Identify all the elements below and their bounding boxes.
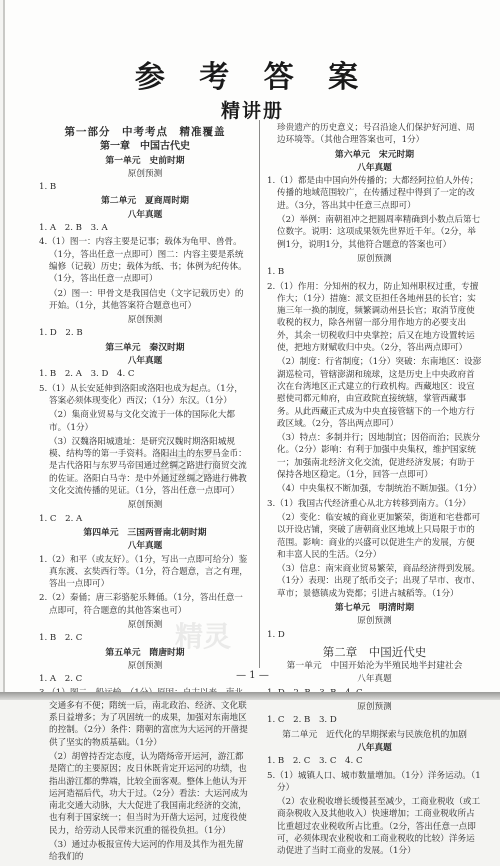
- section-heading: 原创预测: [267, 615, 482, 627]
- answer-line: （2）制度：行省制度；（1分）突破：东南地区：设澎湖巡检司，管辖澎湖和琉球，这是…: [267, 356, 482, 430]
- answer-line: （2）图一：甲骨文是我国信史（文字记载历史）的开始。（1分，其他答案符合题意也可…: [39, 288, 251, 313]
- answer-line: 2.（1）作用：分知州的权力，防止知州职权过重，专擅作大；（1分）措施：派文臣担…: [267, 281, 482, 355]
- section-heading: 原创预测: [39, 168, 251, 180]
- answer-line: 4.（1）图一：内容主要是记事；载体为龟甲、兽骨。（1分，答出任意一点即可）图二…: [39, 236, 251, 285]
- page-title: 参 考 答 案: [5, 52, 500, 96]
- answer-line: 1. B 2. C: [39, 632, 251, 644]
- answer-line: 1.（1）都是由中国向外传播的；大都经阿拉伯人外传；传播的地域范围较广，在传播过…: [267, 175, 482, 212]
- answer-line: （2）集商业贸易与文化交流于一体的国际化大都市。（1分）: [39, 409, 251, 434]
- answer-line: 1. B: [267, 266, 482, 278]
- unit-title: 第二单元 夏商周时期: [39, 195, 251, 207]
- unit-title: 第四单元 三国两晋南北朝时期: [39, 527, 251, 539]
- answer-line: （2）变化：临安城的商业更加繁荣，街道和宅巷都可以开设店铺，突破了唐朝商业区地域…: [267, 512, 482, 561]
- answer-line: 珍贵遗产的历史意义；号召沿途人们保护好河道、周边环境等。（其他合理答案也可，1分…: [267, 122, 482, 147]
- answer-line: （2）举例：南朝祖冲之把圆周率精确到小数点后第七位数字。说明：这项成果领先世界近…: [267, 214, 482, 251]
- left-column: 第一部分 中考考点 精准覆盖 第一章 中国古代史 第一单元 史前时期 原创预测 …: [39, 118, 251, 700]
- section-heading: 原创预测: [39, 619, 251, 631]
- right-column: 珍贵遗产的历史意义；号召沿途人们保护好河道、周边环境等。（其他合理答案也可，1分…: [267, 121, 482, 700]
- unit-title: 第七单元 明清时期: [267, 602, 482, 614]
- answer-line: 1. A 2. B 3. A: [39, 222, 251, 234]
- answer-line: 1.（2）和平（或友好）。（1分，写出一点即可给分）鉴真东渡、玄奘西行等。（1分…: [39, 554, 251, 591]
- answer-page: 参 考 答 案 精讲册 精灵 精灵 第一部分 中考考点 精准覆盖 第一章 中国古…: [3, 0, 500, 692]
- section-heading: 八年真题: [39, 540, 251, 552]
- answer-line: 3.（1）我国古代经济重心从北方转移到南方。（1分）: [267, 498, 482, 510]
- answer-line: 1. C 2. A: [39, 513, 251, 525]
- unit-title: 第一单元 史前时期: [39, 155, 251, 167]
- answer-line: 5.（1）从长安延伸到洛阳或洛阳也成为起点。（1分，答案必须体现变化）西汉；（1…: [39, 383, 251, 408]
- chapter-title: 第一章 中国古代史: [39, 141, 251, 153]
- unit-title: 第五单元 隋唐时期: [39, 647, 251, 659]
- answer-line: （3）汉魏洛阳城遗址：是研究汉魏时期洛阳城规模、结构等的第一手资料。洛阳出土的东…: [39, 436, 251, 497]
- section-heading: 原创预测: [39, 499, 251, 511]
- answer-line: 2.（2）秦俑；唐三彩骆驼乐舞俑。（1分，答出任意一点即可，符合题意的其他答案也…: [39, 592, 251, 617]
- section-heading: 原创预测: [267, 253, 482, 265]
- section-heading: 原创预测: [39, 314, 251, 326]
- unit-title: 第三单元 秦汉时期: [39, 342, 251, 354]
- answer-line: 1. D 2. B: [39, 327, 251, 339]
- answer-line: （3）信息：南宋商业贸易繁荣，商品经济得到发展。（1分）表现：出现了纸币交子；出…: [267, 563, 482, 600]
- column-divider: [259, 120, 260, 668]
- page-number: — 1 —: [5, 670, 500, 681]
- answer-line: 1. D: [267, 629, 482, 641]
- unit-title: 第六单元 宋元时期: [267, 149, 482, 161]
- section-heading: 八年真题: [39, 355, 251, 367]
- answer-line: （3）特点：多制并行；因地制宜；因俗而治；民族分化。（2分）影响：有利于加强中央…: [267, 432, 482, 481]
- section-heading: 八年真题: [267, 162, 482, 174]
- answer-line: 1. B: [39, 181, 251, 193]
- part-title: 第一部分 中考考点 精准覆盖: [39, 126, 251, 138]
- chapter-title: 第二章 中国近代史: [267, 646, 482, 658]
- section-heading: 八年真题: [39, 209, 251, 221]
- page-edge-shadow: [0, 692, 500, 700]
- answer-line: （4）中央集权不断加强，专制统治不断加强。（1分）: [267, 483, 482, 495]
- answer-line: 1. B 2. A 3. D 4. C: [39, 368, 251, 380]
